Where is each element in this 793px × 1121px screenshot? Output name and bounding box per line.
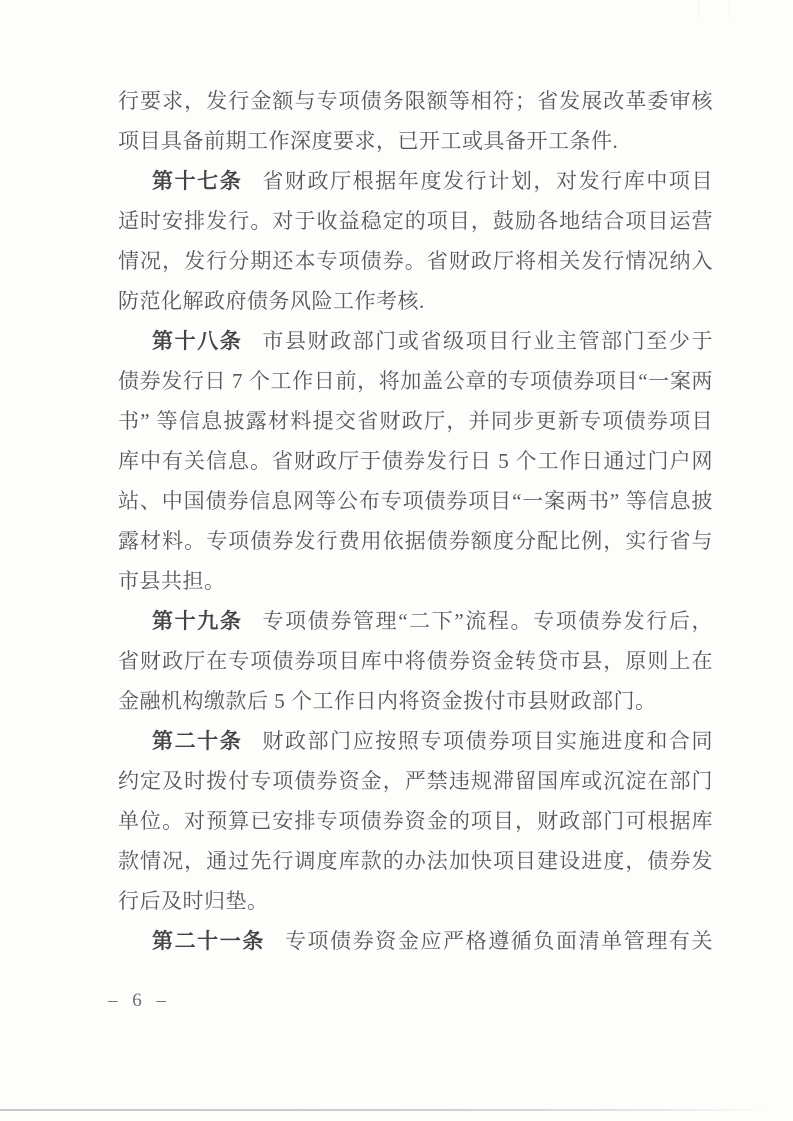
article-number: 第十九条: [152, 609, 242, 633]
line-text: 市县财政部门或省级项目行业主管部门至少于: [262, 329, 713, 353]
scan-artifact-line: [698, 0, 699, 17]
scan-artifact-bottom-edge: [0, 1109, 770, 1111]
scanned-document-page: 行要求，发行金额与专项债务限额等相符；省发展改革委审核项目具备前期工作深度要求，…: [0, 0, 793, 1121]
text-line: 款情况，通过先行调度库款的办法加快项目建设进度，债券发: [118, 841, 713, 881]
text-line: 情况，发行分期还本专项债券。省财政厅将相关发行情况纳入: [118, 241, 713, 281]
text-line: 第十七条省财政厅根据年度发行计划，对发行库中项目: [118, 161, 713, 201]
article-number: 第十八条: [152, 329, 242, 353]
page-number: – 6 –: [108, 990, 171, 1012]
scan-artifact-line: [729, 0, 730, 17]
text-line: 书” 等信息披露材料提交省财政厅，并同步更新专项债券项目: [118, 401, 713, 441]
text-line: 行要求，发行金额与专项债务限额等相符；省发展改革委审核: [118, 81, 713, 121]
text-line: 第十九条专项债券管理“二下”流程。专项债券发行后，: [118, 601, 713, 641]
line-text: 专项债券资金应严格遵循负面清单管理有关: [285, 929, 713, 953]
text-line: 第二十一条专项债券资金应严格遵循负面清单管理有关: [118, 921, 713, 961]
text-line: 露材料。专项债券发行费用依据债券额度分配比例，实行省与: [118, 521, 713, 561]
article-number: 第十七条: [152, 169, 242, 193]
text-line: 省财政厅在专项债券项目库中将债券资金转贷市县，原则上在: [118, 641, 713, 681]
text-line: 债券发行日 7 个工作日前，将加盖公章的专项债券项目“一案两: [118, 361, 713, 401]
text-line: 金融机构缴款后 5 个工作日内将资金拨付市县财政部门。: [118, 681, 713, 721]
text-line: 行后及时归垫。: [118, 881, 713, 921]
scan-artifacts-top: [0, 0, 793, 20]
text-line: 站、中国债券信息网等公布专项债券项目“一案两书” 等信息披: [118, 481, 713, 521]
text-line: 第二十条财政部门应按照专项债券项目实施进度和合同: [118, 721, 713, 761]
document-body: 行要求，发行金额与专项债务限额等相符；省发展改革委审核项目具备前期工作深度要求，…: [118, 81, 713, 961]
text-line: 适时安排发行。对于收益稳定的项目，鼓励各地结合项目运营: [118, 201, 713, 241]
text-line: 项目具备前期工作深度要求，已开工或具备开工条件.: [118, 121, 713, 161]
text-line: 市县共担。: [118, 561, 713, 601]
line-text: 专项债券管理“二下”流程。专项债券发行后，: [262, 609, 713, 633]
text-line: 约定及时拨付专项债券资金，严禁违规滞留国库或沉淀在部门: [118, 761, 713, 801]
article-number: 第二十一条: [152, 929, 265, 953]
text-line: 防范化解政府债务风险工作考核.: [118, 281, 713, 321]
text-line: 库中有关信息。省财政厅于债券发行日 5 个工作日通过门户网: [118, 441, 713, 481]
line-text: 财政部门应按照专项债券项目实施进度和合同: [262, 729, 713, 753]
text-line: 第十八条市县财政部门或省级项目行业主管部门至少于: [118, 321, 713, 361]
text-line: 单位。对预算已安排专项债券资金的项目，财政部门可根据库: [118, 801, 713, 841]
article-number: 第二十条: [152, 729, 242, 753]
line-text: 省财政厅根据年度发行计划，对发行库中项目: [262, 169, 713, 193]
